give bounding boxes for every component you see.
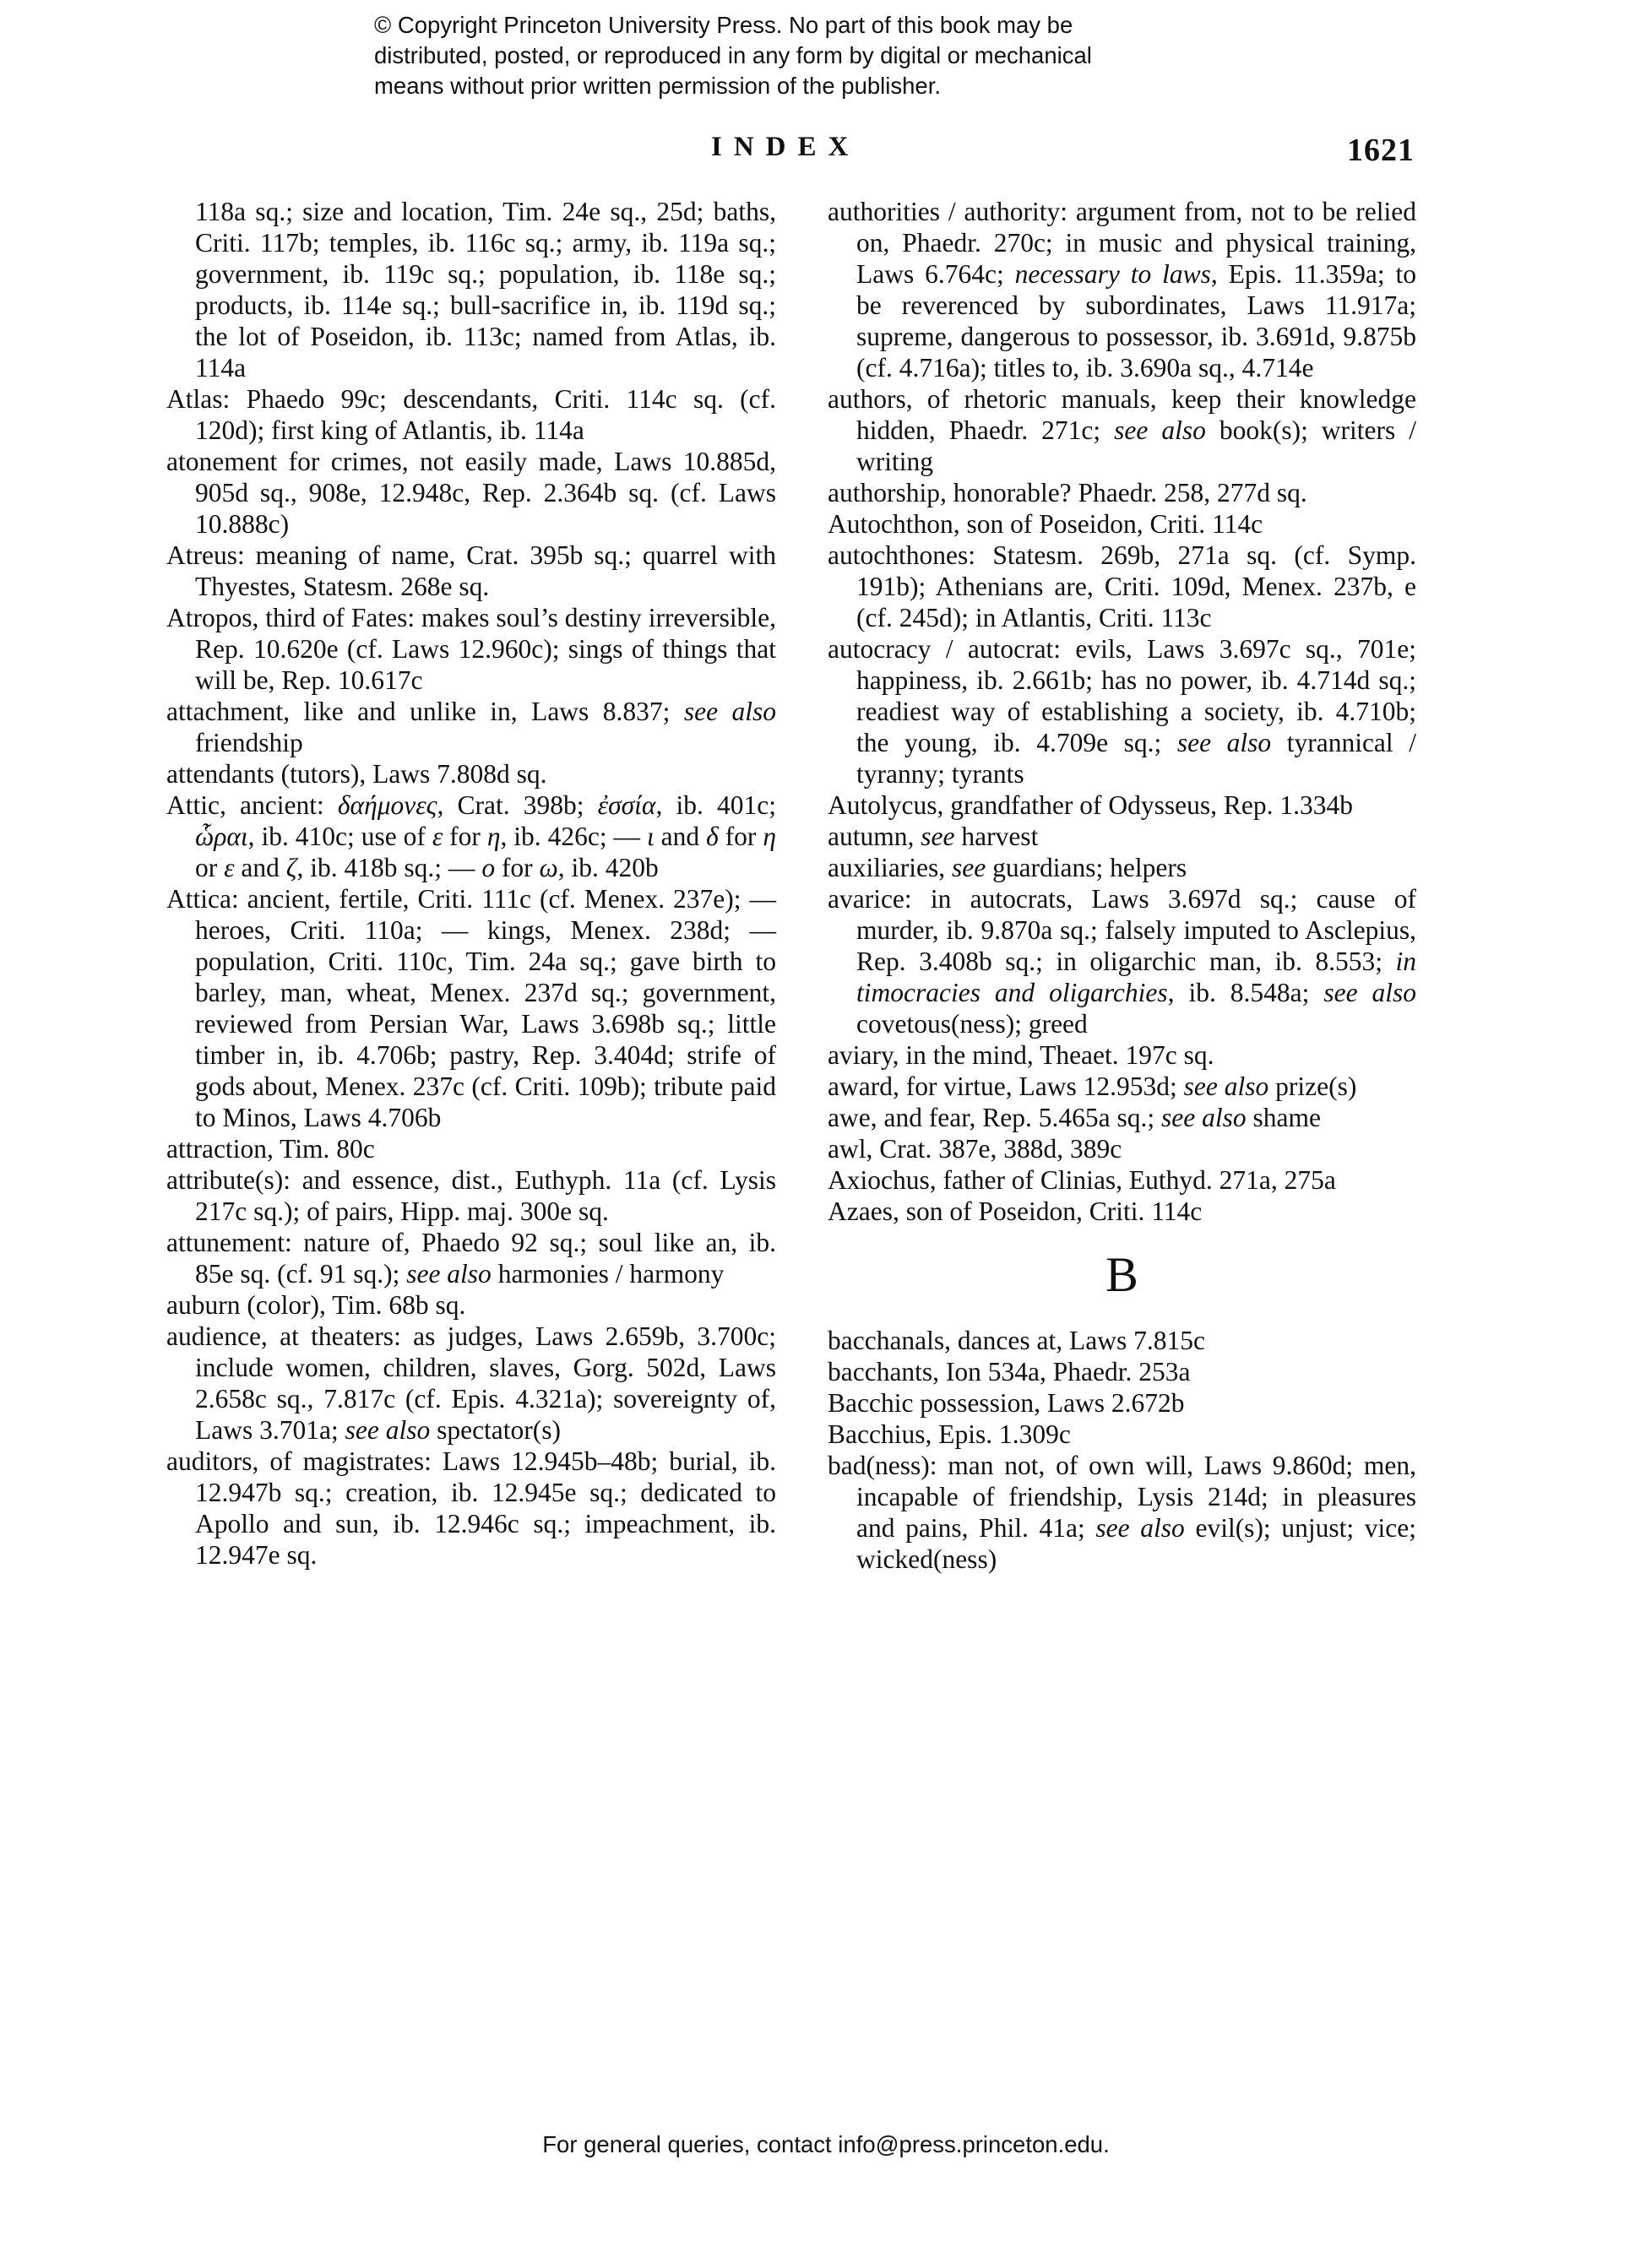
index-entry: Bacchic possession, Laws 2.672b — [828, 1387, 1416, 1419]
index-entry: attendants (tutors), Laws 7.808d sq. — [166, 758, 776, 789]
copyright-line: distributed, posted, or reproduced in an… — [374, 41, 1303, 71]
page-title: INDEX — [711, 132, 860, 163]
index-entry: Bacchius, Epis. 1.309c — [828, 1419, 1416, 1450]
index-entry: auditors, of magistrates: Laws 12.945b–4… — [166, 1446, 776, 1571]
index-entry: bacchanals, dances at, Laws 7.815c — [828, 1325, 1416, 1356]
index-entry: atonement for crimes, not easily made, L… — [166, 446, 776, 540]
index-entry: authorship, honorable? Phaedr. 258, 277d… — [828, 477, 1416, 508]
index-entry: Attic, ancient: δαήμονες, Crat. 398b; ἐσ… — [166, 789, 776, 883]
index-entry: autumn, see harvest — [828, 821, 1416, 852]
index-entry: Atreus: meaning of name, Crat. 395b sq.;… — [166, 540, 776, 602]
index-entry: awl, Crat. 387e, 388d, 389c — [828, 1133, 1416, 1164]
index-entry: Autochthon, son of Poseidon, Criti. 114c — [828, 508, 1416, 540]
copyright-notice: © Copyright Princeton University Press. … — [374, 10, 1303, 101]
index-entry: awe, and fear, Rep. 5.465a sq.; see also… — [828, 1102, 1416, 1133]
index-entry: Azaes, son of Poseidon, Criti. 114c — [828, 1196, 1416, 1227]
index-entry: attribute(s): and essence, dist., Euthyp… — [166, 1164, 776, 1227]
index-entry: aviary, in the mind, Theaet. 197c sq. — [828, 1039, 1416, 1071]
index-entry: bad(ness): man not, of own will, Laws 9.… — [828, 1450, 1416, 1575]
index-entry: Axiochus, father of Clinias, Euthyd. 271… — [828, 1164, 1416, 1196]
index-entry: 118a sq.; size and location, Tim. 24e sq… — [166, 196, 776, 383]
index-entry: audience, at theaters: as judges, Laws 2… — [166, 1321, 776, 1446]
index-entry: avarice: in autocrats, Laws 3.697d sq.; … — [828, 883, 1416, 1039]
index-entry: authorities / authority: argument from, … — [828, 196, 1416, 383]
index-entry: auxiliaries, see guardians; helpers — [828, 852, 1416, 883]
index-entry: Attica: ancient, fertile, Criti. 111c (c… — [166, 883, 776, 1133]
index-entry: auburn (color), Tim. 68b sq. — [166, 1289, 776, 1321]
index-entry: award, for virtue, Laws 12.953d; see als… — [828, 1071, 1416, 1102]
index-column-left: 118a sq.; size and location, Tim. 24e sq… — [166, 196, 776, 1571]
index-entry: autochthones: Statesm. 269b, 271a sq. (c… — [828, 540, 1416, 633]
index-entry: Atropos, third of Fates: makes soul’s de… — [166, 602, 776, 696]
index-entry: attraction, Tim. 80c — [166, 1133, 776, 1164]
index-entry: Atlas: Phaedo 99c; descendants, Criti. 1… — [166, 383, 776, 446]
copyright-line: means without prior written permission o… — [374, 71, 1303, 101]
section-letter: B — [828, 1250, 1416, 1300]
index-entry: Autolycus, grandfather of Odysseus, Rep.… — [828, 789, 1416, 821]
index-entry: attachment, like and unlike in, Laws 8.8… — [166, 696, 776, 758]
footer-contact: For general queries, contact info@press.… — [0, 2131, 1635, 2158]
index-column-right: authorities / authority: argument from, … — [828, 196, 1416, 1575]
index-entry: autocracy / autocrat: evils, Laws 3.697c… — [828, 633, 1416, 789]
index-entry: authors, of rhetoric manuals, keep their… — [828, 383, 1416, 477]
index-entry: bacchants, Ion 534a, Phaedr. 253a — [828, 1356, 1416, 1387]
page-number: 1621 — [1347, 132, 1415, 169]
running-head: INDEX 1621 — [0, 132, 1635, 174]
index-entry: attunement: nature of, Phaedo 92 sq.; so… — [166, 1227, 776, 1289]
copyright-line: © Copyright Princeton University Press. … — [374, 10, 1303, 41]
